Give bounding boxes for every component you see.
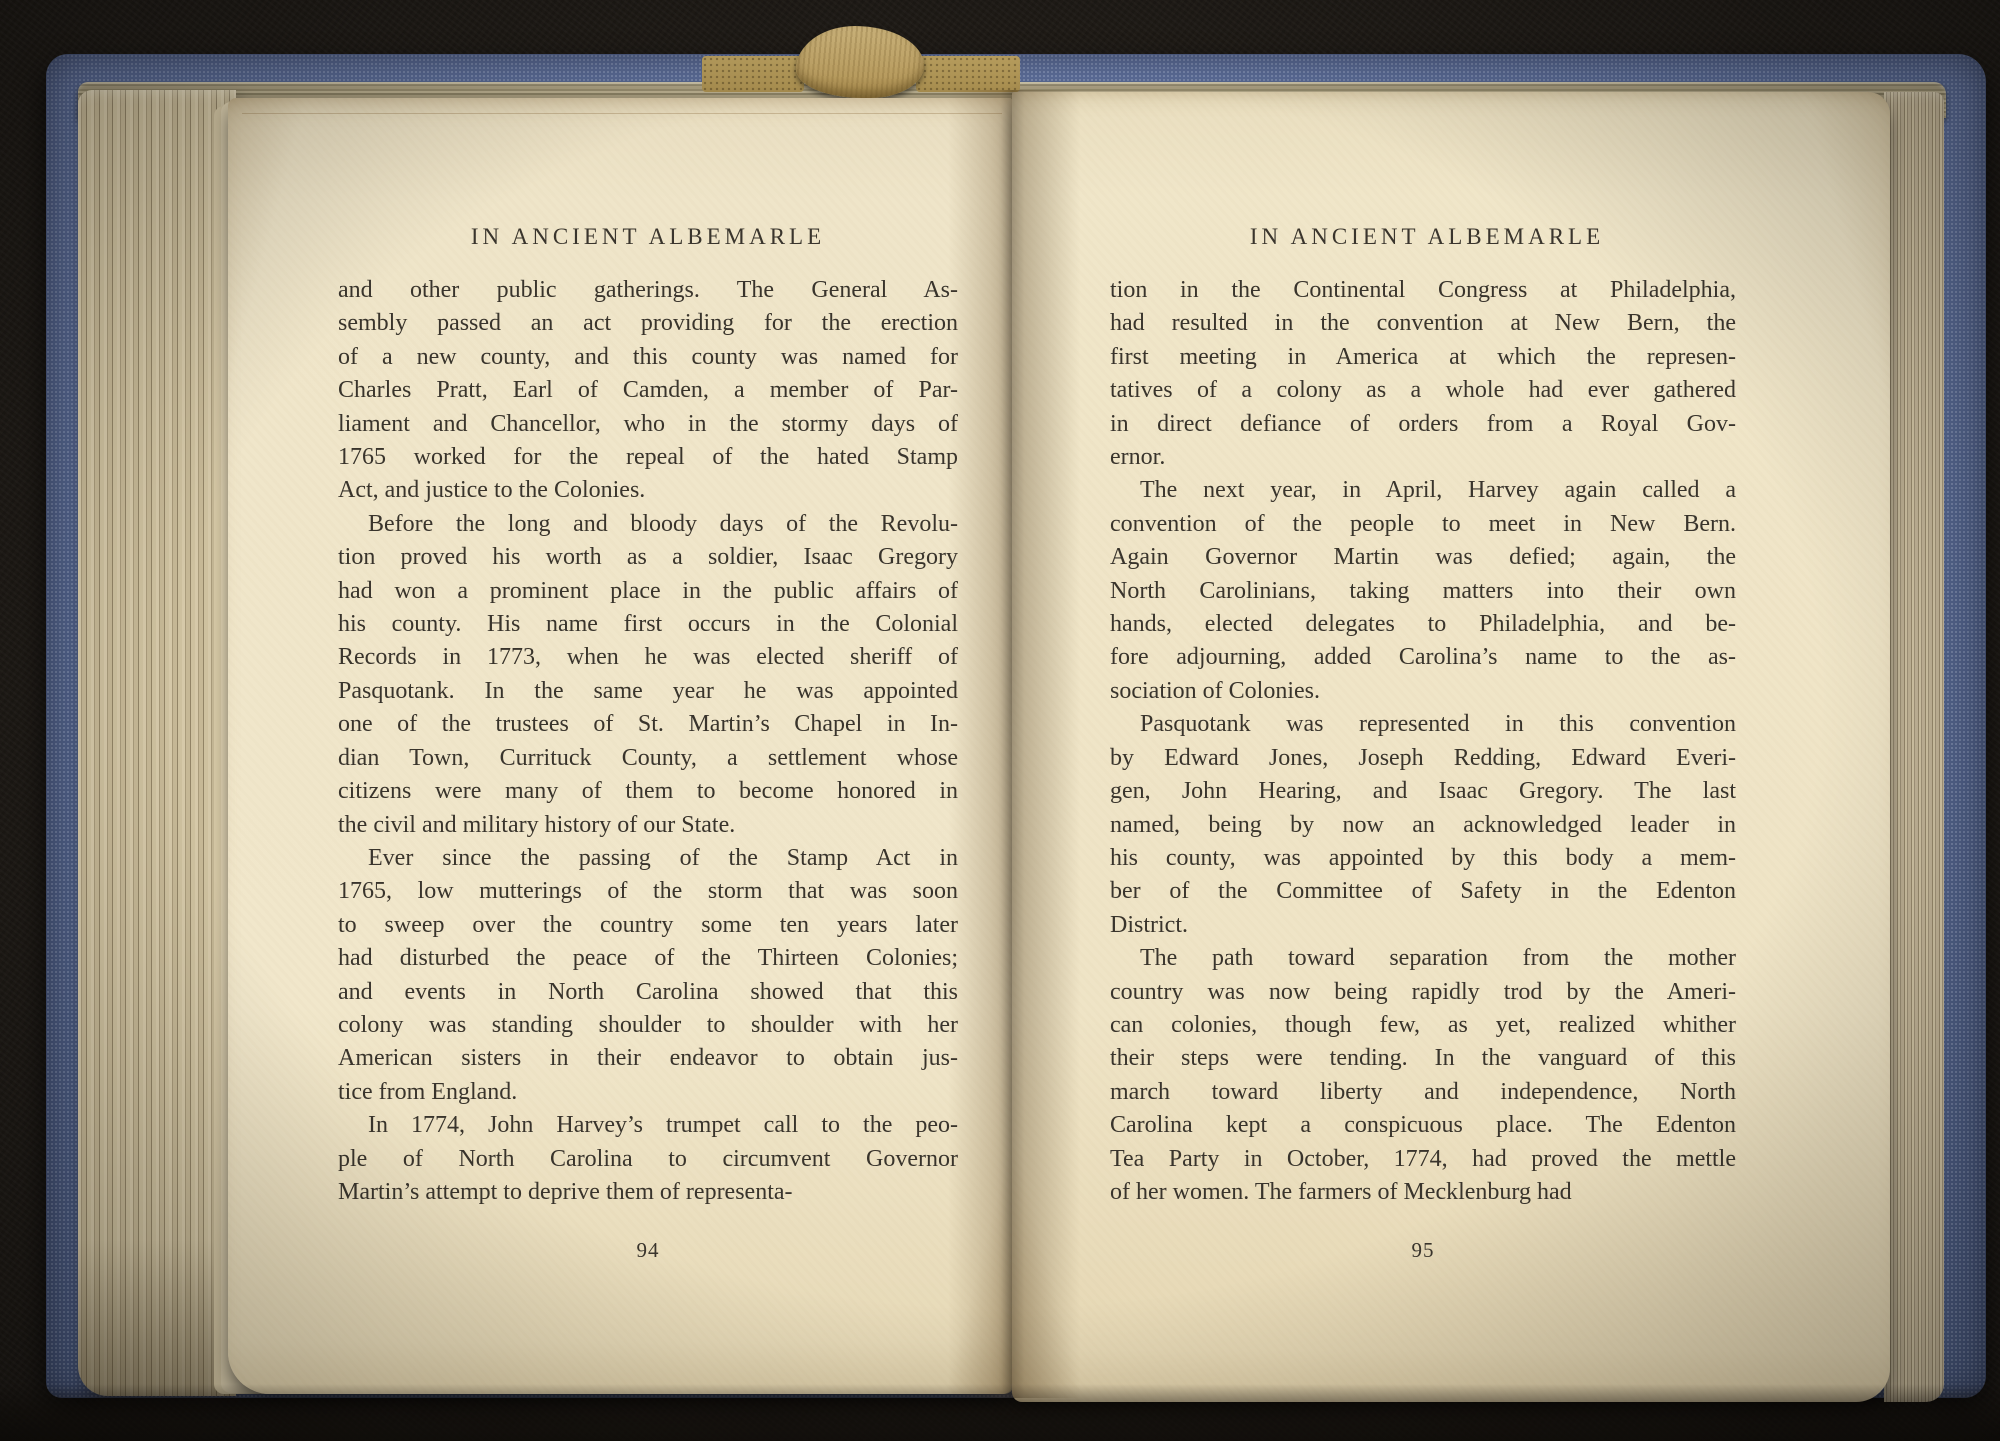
text-line: ernor. — [1110, 441, 1736, 474]
running-header: IN ANCIENT ALBEMARLE — [1112, 224, 1742, 250]
text-line: Again Governor Martin was defied; again,… — [1110, 541, 1736, 574]
text-line: Pasquotank was represented in this conve… — [1110, 708, 1736, 741]
paragraph: tion in the Continental Congress at Phil… — [1110, 274, 1736, 474]
right-page-edges — [1884, 92, 1944, 1402]
text-line: by Edward Jones, Joseph Redding, Edward … — [1110, 742, 1736, 775]
right-page: IN ANCIENT ALBEMARLE tion in the Contine… — [1012, 92, 1890, 1402]
text-line: The next year, in April, Harvey again ca… — [1110, 474, 1736, 507]
text-line: colony was standing shoulder to shoulder… — [338, 1009, 958, 1042]
text-line: fore adjourning, added Carolina’s name t… — [1110, 641, 1736, 674]
text-line: Martin’s attempt to deprive them of repr… — [338, 1176, 958, 1209]
text-line: Tea Party in October, 1774, had proved t… — [1110, 1143, 1736, 1176]
text-line: American sisters in their endeavor to ob… — [338, 1042, 958, 1075]
text-line: liament and Chancellor, who in the storm… — [338, 408, 958, 441]
page-number: 95 — [1110, 1238, 1736, 1263]
paragraph: The next year, in April, Harvey again ca… — [1110, 474, 1736, 708]
text-line: and events in North Carolina showed that… — [338, 976, 958, 1009]
text-line: his county, was appointed by this body a… — [1110, 842, 1736, 875]
running-header: IN ANCIENT ALBEMARLE — [338, 224, 958, 250]
page-body: and other public gatherings. The General… — [338, 274, 958, 1209]
text-line: Records in 1773, when he was elected she… — [338, 641, 958, 674]
text-line: and other public gatherings. The General… — [338, 274, 958, 307]
text-line: District. — [1110, 909, 1736, 942]
text-line: The path toward separation from the moth… — [1110, 942, 1736, 975]
page-number: 94 — [338, 1238, 958, 1263]
text-line: sociation of Colonies. — [1110, 675, 1736, 708]
text-line: of a new county, and this county was nam… — [338, 341, 958, 374]
text-line: sembly passed an act providing for the e… — [338, 307, 958, 340]
cover-wear-left — [702, 56, 804, 92]
text-line: to sweep over the country some ten years… — [338, 909, 958, 942]
text-line: dian Town, Currituck County, a settlemen… — [338, 742, 958, 775]
cover-wear-right — [916, 56, 1020, 92]
text-line: tice from England. — [338, 1076, 958, 1109]
text-line: citizens were many of them to become hon… — [338, 775, 958, 808]
text-line: one of the trustees of St. Martin’s Chap… — [338, 708, 958, 741]
text-line: Act, and justice to the Colonies. — [338, 474, 958, 507]
text-line: tatives of a colony as a whole had ever … — [1110, 374, 1736, 407]
text-line: of her women. The farmers of Mecklenburg… — [1110, 1176, 1736, 1209]
text-line: named, being by now an acknowledged lead… — [1110, 809, 1736, 842]
paragraph: In 1774, John Harvey’s trumpet call to t… — [338, 1109, 958, 1209]
left-page-edges — [78, 90, 236, 1396]
text-line: In 1774, John Harvey’s trumpet call to t… — [338, 1109, 958, 1142]
text-line: country was now being rapidly trod by th… — [1110, 976, 1736, 1009]
text-line: North Carolinians, taking matters into t… — [1110, 575, 1736, 608]
text-line: ber of the Committee of Safety in the Ed… — [1110, 875, 1736, 908]
text-line: had disturbed the peace of the Thirteen … — [338, 942, 958, 975]
photo-background: IN ANCIENT ALBEMARLE and other public ga… — [0, 0, 2000, 1441]
text-line: Carolina kept a conspicuous place. The E… — [1110, 1109, 1736, 1142]
page-body: tion in the Continental Congress at Phil… — [1110, 274, 1736, 1209]
text-line: Before the long and bloody days of the R… — [338, 508, 958, 541]
paragraph: Ever since the passing of the Stamp Act … — [338, 842, 958, 1109]
paragraph: Pasquotank was represented in this conve… — [1110, 708, 1736, 942]
text-line: his county. His name first occurs in the… — [338, 608, 958, 641]
text-line: their steps were tending. In the vanguar… — [1110, 1042, 1736, 1075]
text-line: Pasquotank. In the same year he was appo… — [338, 675, 958, 708]
text-line: ple of North Carolina to circumvent Gove… — [338, 1143, 958, 1176]
text-line: had won a prominent place in the public … — [338, 575, 958, 608]
text-line: hands, elected delegates to Philadelphia… — [1110, 608, 1736, 641]
text-line: convention of the people to meet in New … — [1110, 508, 1736, 541]
paragraph: Before the long and bloody days of the R… — [338, 508, 958, 842]
text-line: gen, John Hearing, and Isaac Gregory. Th… — [1110, 775, 1736, 808]
text-line: had resulted in the convention at New Be… — [1110, 307, 1736, 340]
text-line: tion proved his worth as a soldier, Isaa… — [338, 541, 958, 574]
text-line: march toward liberty and independence, N… — [1110, 1076, 1736, 1109]
text-line: 1765 worked for the repeal of the hated … — [338, 441, 958, 474]
left-page: IN ANCIENT ALBEMARLE and other public ga… — [228, 98, 1012, 1394]
text-line: in direct defiance of orders from a Roya… — [1110, 408, 1736, 441]
paragraph: The path toward separation from the moth… — [1110, 942, 1736, 1209]
text-line: Ever since the passing of the Stamp Act … — [338, 842, 958, 875]
text-line: tion in the Continental Congress at Phil… — [1110, 274, 1736, 307]
text-line: first meeting in America at which the re… — [1110, 341, 1736, 374]
text-line: Charles Pratt, Earl of Camden, a member … — [338, 374, 958, 407]
paragraph: and other public gatherings. The General… — [338, 274, 958, 508]
text-line: 1765, low mutterings of the storm that w… — [338, 875, 958, 908]
text-line: the civil and military history of our St… — [338, 809, 958, 842]
text-line: can colonies, though few, as yet, realiz… — [1110, 1009, 1736, 1042]
headband — [796, 26, 924, 98]
